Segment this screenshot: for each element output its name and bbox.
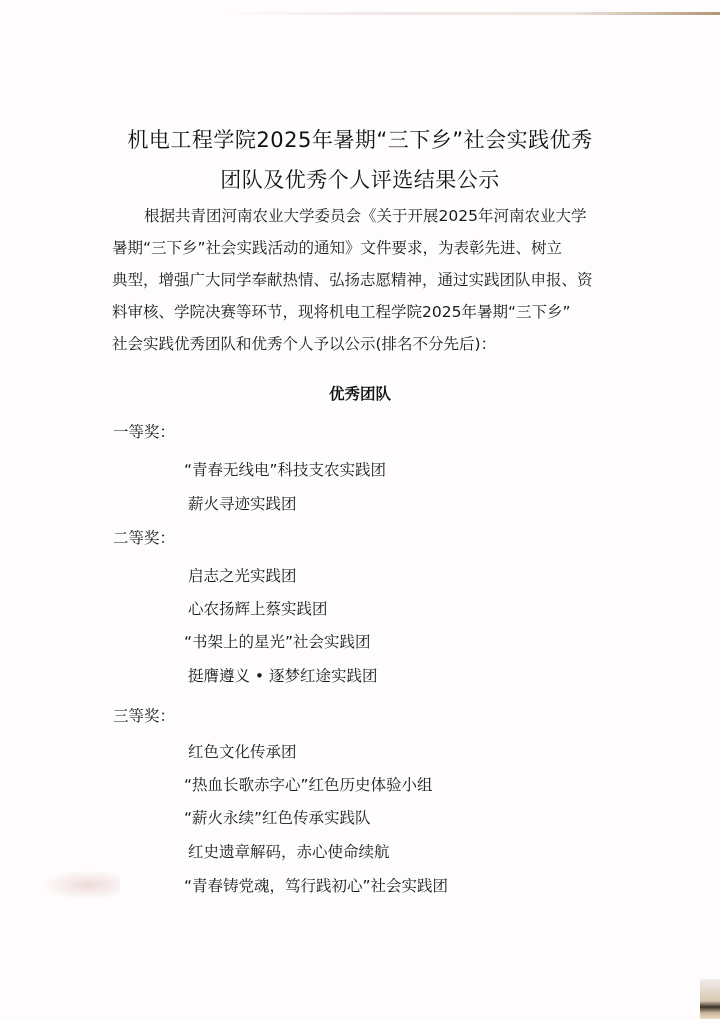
intro-line: 根据共青团河南农业大学委员会《关于开展2025年河南农业大学 xyxy=(112,200,612,232)
team-item: “薪火永续”红色传承实践队 xyxy=(184,806,371,828)
award-label-second: 二等奖： xyxy=(113,526,175,548)
section-heading-excellent-teams: 优秀团队 xyxy=(0,382,720,404)
paper-top-edge xyxy=(220,12,720,15)
team-item: 挺膺遵义 • 逐梦红途实践团 xyxy=(188,664,378,686)
intro-line: 料审核、学院决赛等环节，现将机电工程学院2025年暑期“三下乡” xyxy=(112,296,612,328)
paper-corner-artifact xyxy=(700,979,720,1019)
intro-paragraph: 根据共青团河南农业大学委员会《关于开展2025年河南农业大学 暑期“三下乡”社会… xyxy=(112,200,612,360)
document-title-line-2: 团队及优秀个人评选结果公示 xyxy=(0,164,720,194)
document-title-line-1: 机电工程学院2025年暑期“三下乡”社会实践优秀 xyxy=(0,124,720,154)
award-label-third: 三等奖： xyxy=(113,704,175,726)
intro-line: 典型，增强广大同学奉献热情、弘扬志愿精神，通过实践团队申报、资 xyxy=(112,264,612,296)
team-item: “书架上的星光”社会实践团 xyxy=(184,630,371,652)
team-item: 薪火寻迹实践团 xyxy=(188,492,297,514)
intro-line: 社会实践优秀团队和优秀个人予以公示(排名不分先后)： xyxy=(112,328,612,360)
ink-smudge xyxy=(40,870,120,900)
team-item: 心农扬辉上蔡实践团 xyxy=(188,597,328,619)
award-label-first: 一等奖： xyxy=(113,420,175,442)
team-item: 红色文化传承团 xyxy=(188,740,297,762)
team-item: 红史遗章解码，赤心使命续航 xyxy=(188,840,390,862)
team-item: “青春无线电”科技支农实践团 xyxy=(184,458,386,480)
scanned-document-page: 机电工程学院2025年暑期“三下乡”社会实践优秀 团队及优秀个人评选结果公示 根… xyxy=(0,0,720,1019)
team-item: “青春铸党魂，笃行践初心”社会实践团 xyxy=(184,874,448,896)
intro-line: 暑期“三下乡”社会实践活动的通知》文件要求，为表彰先进、树立 xyxy=(112,232,612,264)
team-item: “热血长歌赤字心”红色历史体验小组 xyxy=(184,773,433,795)
team-item: 启志之光实践团 xyxy=(188,564,297,586)
